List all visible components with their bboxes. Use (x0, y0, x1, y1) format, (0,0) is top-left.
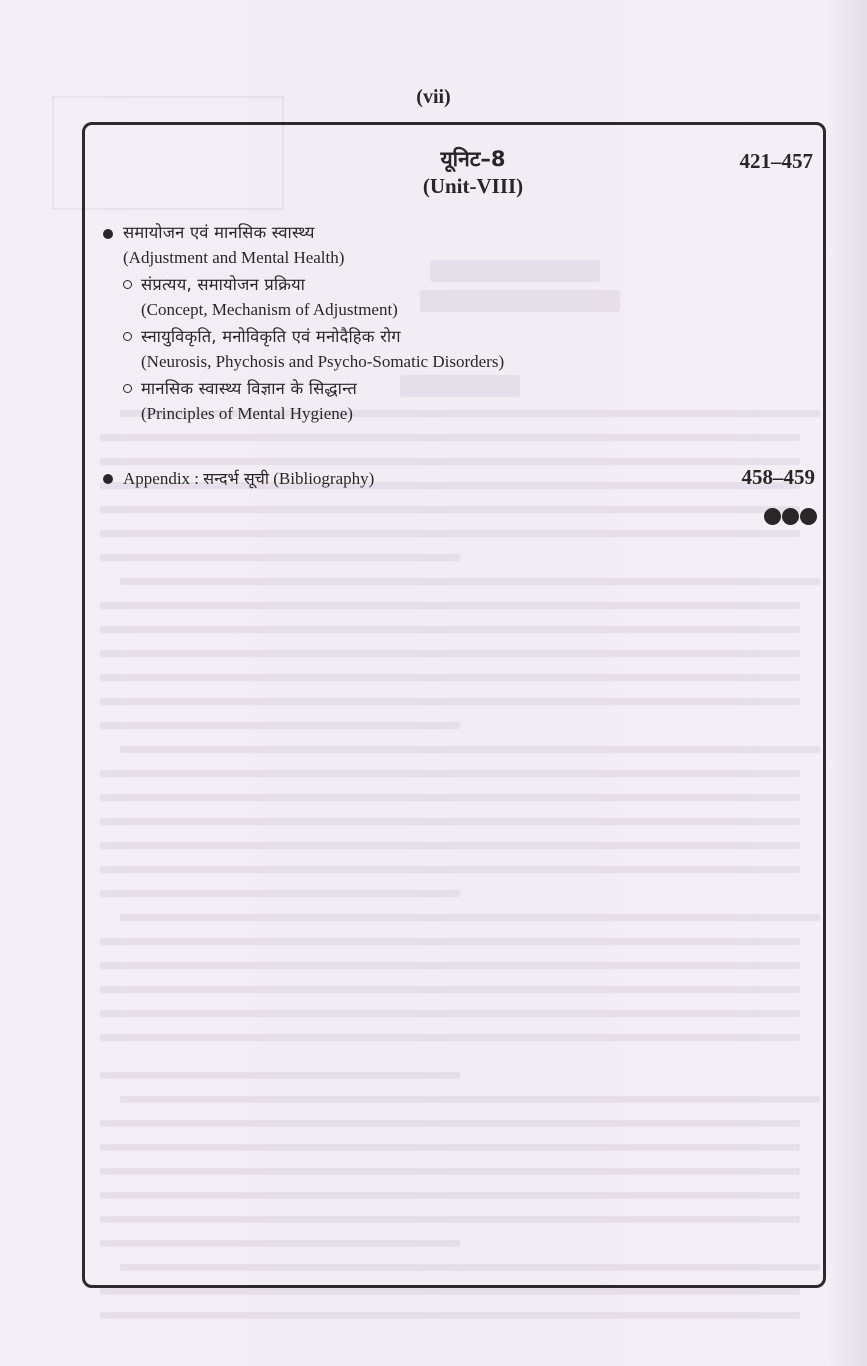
page-edge-shadow (827, 0, 867, 1366)
appendix-hindi: सन्दर्भ सूची (203, 469, 269, 488)
toc-sub-item-hindi: स्नायुविकृति, मनोविकृति एवं मनोदैहिक रोग (141, 324, 807, 350)
appendix-entry: Appendix : सन्दर्भ सूची (Bibliography) 4… (97, 465, 813, 493)
unit-header: यूनिट–8 (Unit-VIII) (85, 145, 823, 199)
toc-sub-item: मानसिक स्वास्थ्य विज्ञान के सिद्धान्त (P… (123, 376, 807, 426)
filled-bullet-icon (103, 474, 113, 484)
appendix-label: Appendix : (123, 469, 199, 488)
toc-main-item: समायोजन एवं मानसिक स्वास्थ्य (Adjustment… (97, 220, 807, 426)
toc-item-hindi: समायोजन एवं मानसिक स्वास्थ्य (123, 220, 807, 246)
toc-sub-item: स्नायुविकृति, मनोविकृति एवं मनोदैहिक रोग… (123, 324, 807, 374)
end-dot-icon (800, 508, 817, 525)
toc-sub-item-hindi: मानसिक स्वास्थ्य विज्ञान के सिद्धान्त (141, 376, 807, 402)
appendix-text: Appendix : सन्दर्भ सूची (Bibliography) (123, 467, 374, 491)
appendix-english: (Bibliography) (273, 469, 374, 488)
toc-sub-item-english: (Principles of Mental Hygiene) (141, 402, 807, 426)
toc-item-english: (Adjustment and Mental Health) (123, 246, 807, 270)
unit-page-range: 421–457 (740, 149, 814, 174)
end-dot-icon (782, 508, 799, 525)
unit-title-hindi: यूनिट–8 (85, 145, 823, 173)
page-number: (vii) (0, 86, 867, 109)
toc-sub-item: संप्रत्यय, समायोजन प्रक्रिया (Concept, M… (123, 272, 807, 322)
hollow-bullet-icon (123, 280, 132, 289)
table-of-contents-box: यूनिट–8 (Unit-VIII) 421–457 समायोजन एवं … (82, 122, 826, 1288)
toc-sub-item-english: (Concept, Mechanism of Adjustment) (141, 298, 807, 322)
end-of-section-mark (764, 508, 817, 525)
toc-sub-item-english: (Neurosis, Phychosis and Psycho-Somatic … (141, 350, 807, 374)
unit-title-english: (Unit-VIII) (85, 173, 823, 199)
hollow-bullet-icon (123, 332, 132, 341)
hollow-bullet-icon (123, 384, 132, 393)
toc-list: समायोजन एवं मानसिक स्वास्थ्य (Adjustment… (97, 220, 807, 426)
end-dot-icon (764, 508, 781, 525)
filled-bullet-icon (103, 229, 113, 239)
appendix-page-range: 458–459 (742, 465, 816, 490)
toc-sub-item-hindi: संप्रत्यय, समायोजन प्रक्रिया (141, 272, 807, 298)
toc-sub-list: संप्रत्यय, समायोजन प्रक्रिया (Concept, M… (123, 272, 807, 426)
